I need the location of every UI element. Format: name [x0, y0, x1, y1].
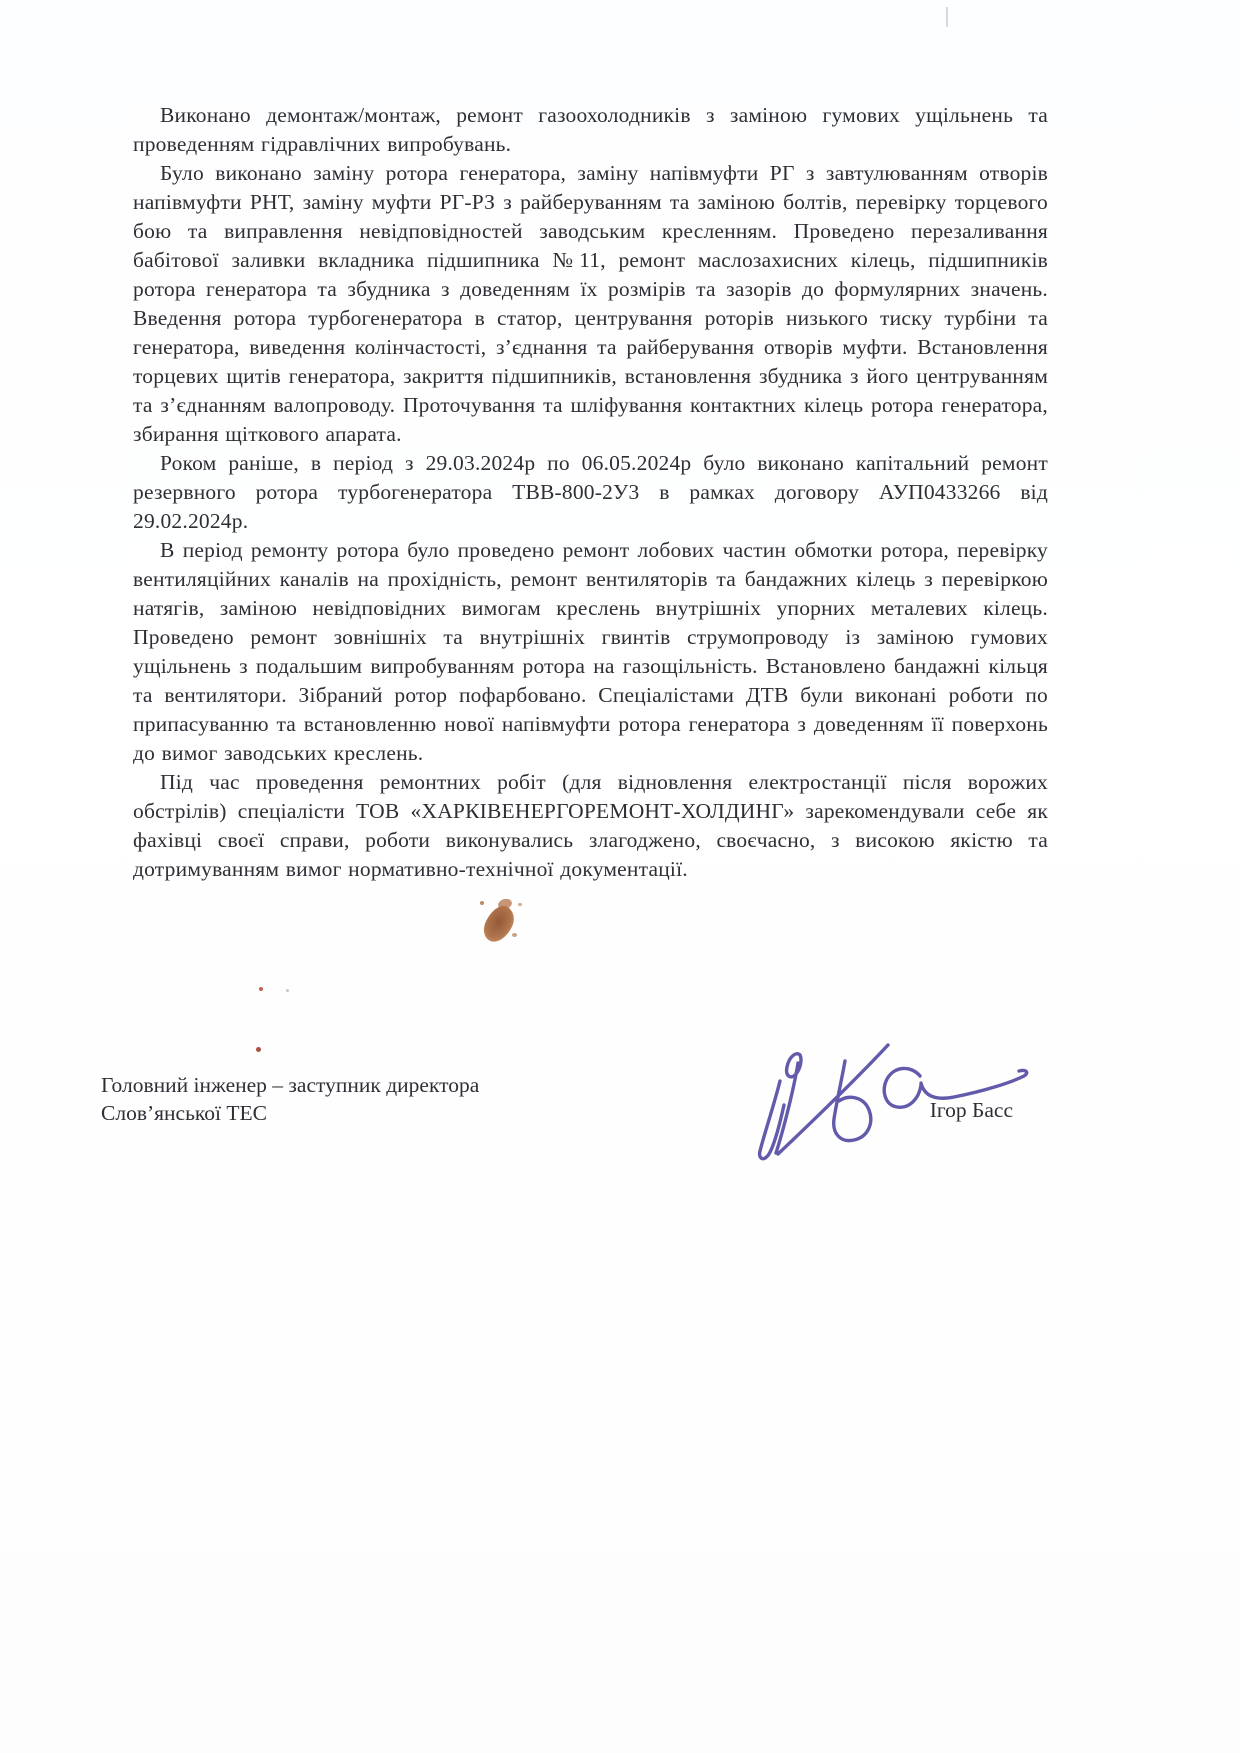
paragraph-5: Під час проведення ремонтних робіт (для …	[133, 768, 1048, 884]
scan-artifact-tick	[946, 7, 948, 27]
signature-block: Головний інженер – заступник директора С…	[101, 1072, 1013, 1127]
signer-name: Ігор Басс	[930, 1097, 1013, 1125]
red-dot-artifact	[259, 987, 263, 991]
paragraph-4: В період ремонту ротора було проведено р…	[133, 536, 1048, 768]
signer-title-line1: Головний інженер – заступник директора	[101, 1072, 479, 1100]
handwritten-signature-ink	[688, 933, 1036, 1171]
letter-body: Виконано демонтаж/монтаж, ремонт газоохо…	[133, 101, 1048, 884]
paragraph-2: Було виконано заміну ротора генератора, …	[133, 159, 1048, 449]
paragraph-3: Роком раніше, в період з 29.03.2024р по …	[133, 449, 1048, 536]
ink-stain-artifact	[478, 899, 528, 945]
signer-title-line2: Слов’янської ТЕС	[101, 1100, 479, 1128]
gray-speck-artifact	[286, 989, 289, 992]
paragraph-1: Виконано демонтаж/монтаж, ремонт газоохо…	[133, 101, 1048, 159]
scanned-letter-page: Виконано демонтаж/монтаж, ремонт газоохо…	[0, 0, 1240, 1753]
signer-title: Головний інженер – заступник директора С…	[101, 1072, 479, 1127]
red-dot-artifact	[256, 1047, 261, 1052]
